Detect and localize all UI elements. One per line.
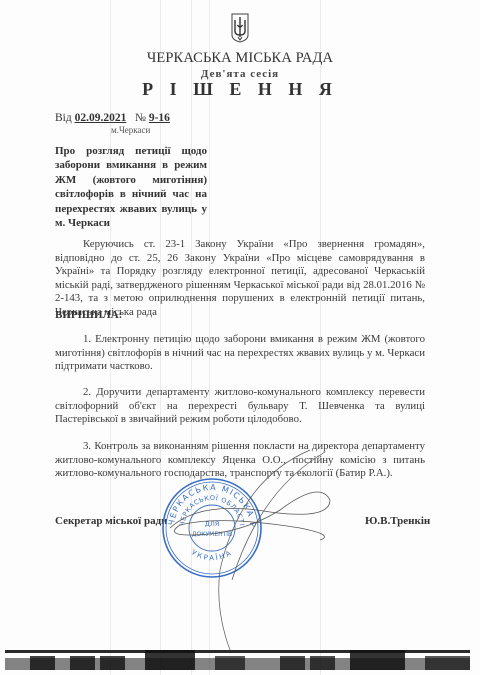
preamble-paragraph: Керуючись ст. 23-1 Закону України «Про з… <box>55 238 425 319</box>
trident-emblem-icon <box>231 13 249 43</box>
date-prefix: Від <box>55 112 72 124</box>
decision-subject: Про розгляд петиції щодо заборони вмикан… <box>55 144 207 230</box>
signatory-name: Ю.В.Тренкін <box>365 515 430 527</box>
decision-item-1: 1. Електронну петицію щодо заборони вмик… <box>55 333 425 374</box>
scan-artifact-bar <box>5 640 475 672</box>
date-number-line: Від 02.09.2021 № 9-16 <box>55 112 170 124</box>
decision-number: 9-16 <box>149 112 170 124</box>
decision-item-2: 2. Доручити департаменту житлово-комунал… <box>55 386 425 427</box>
document-page: ЧЕРКАСЬКА МІСЬКА РАДА Дев'ята сесія Р І … <box>0 0 480 675</box>
decision-title: Р І Ш Е Н Н Я <box>0 79 480 100</box>
number-prefix: № <box>135 112 146 124</box>
signatory-position: Секретар міської ради <box>55 515 167 527</box>
resolved-label: ВИРІШИЛА: <box>55 309 122 321</box>
council-name: ЧЕРКАСЬКА МІСЬКА РАДА <box>0 50 480 67</box>
city-label: м.Черкаси <box>111 125 150 135</box>
handwritten-signature-icon <box>160 440 340 660</box>
decision-date: 02.09.2021 <box>75 112 127 124</box>
